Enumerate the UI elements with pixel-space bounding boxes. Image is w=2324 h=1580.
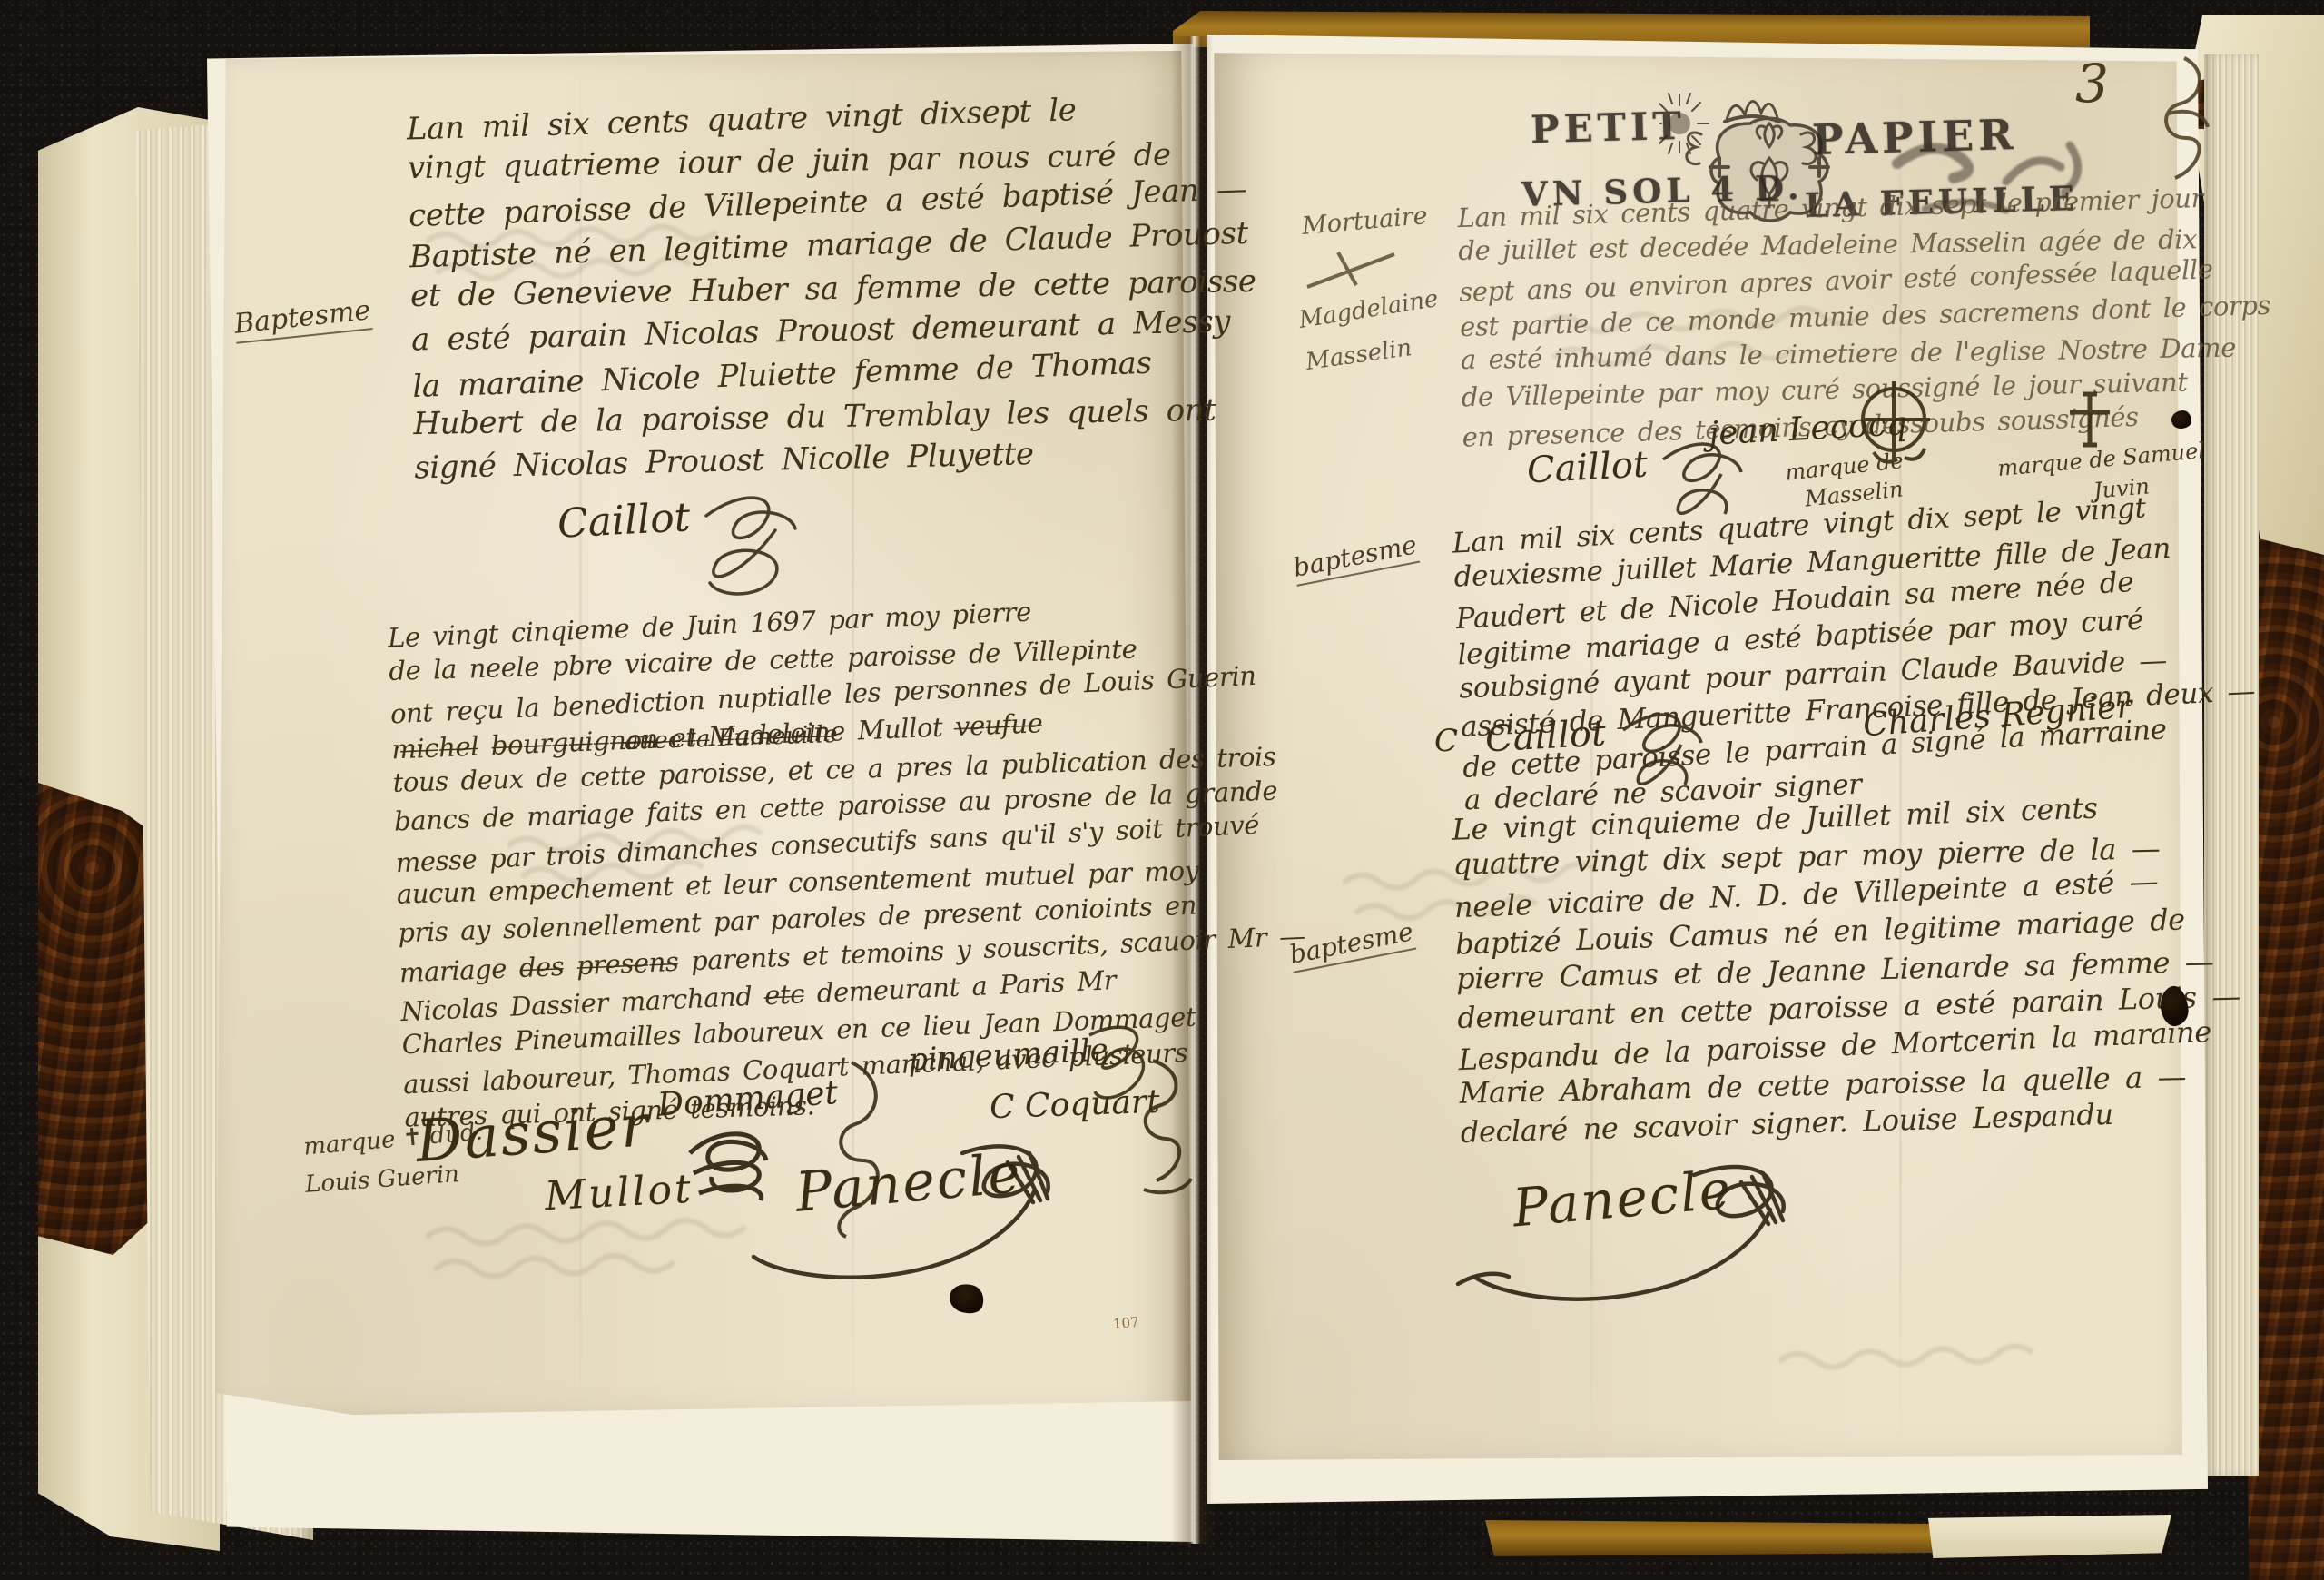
signature-caillot-left: Caillot bbox=[556, 494, 692, 548]
bleedthrough-ghost bbox=[1778, 1329, 2072, 1412]
bleedthrough-ghost bbox=[425, 1201, 791, 1305]
folio-mark: 107 bbox=[1112, 1314, 1139, 1332]
caillot-paraph-flourish bbox=[688, 489, 806, 607]
panecle-flourish-right bbox=[1449, 1151, 1830, 1324]
bleedthrough-ghost bbox=[1542, 293, 1890, 387]
bottom-spine-band bbox=[1485, 1520, 1932, 1556]
caillot-paraph-3 bbox=[1609, 705, 1709, 814]
signature-caillot-right-1: Caillot bbox=[1526, 444, 1649, 492]
margin-cross-mark bbox=[1304, 242, 1403, 296]
coquart-paraph bbox=[1126, 1053, 1198, 1199]
bottom-pastedown-strip bbox=[1928, 1515, 2171, 1558]
bleedthrough-ghost bbox=[507, 810, 801, 907]
plain-cross-mark bbox=[2063, 389, 2117, 452]
signature-caillot-right-2: Caillot bbox=[1484, 713, 1607, 761]
ink-blot bbox=[2171, 410, 2191, 429]
baptism-record-camus: Le vingt cinquieme de Juillet mil six ce… bbox=[1452, 786, 2244, 1151]
stamp-text-petit: PETIT bbox=[1530, 104, 1686, 152]
page-number-paraph bbox=[2139, 51, 2221, 187]
bleedthrough-ghost bbox=[1342, 845, 1654, 943]
bleedthrough-ghost bbox=[426, 212, 755, 306]
baptism-record-mangueritte: Lan mil six cents quatre vingt dix sept … bbox=[1452, 487, 2260, 820]
page-number: 3 bbox=[2075, 53, 2109, 114]
stray-letter-c: C bbox=[1434, 723, 1458, 759]
photograph-background: Baptesme Lan mil six cents quatre vingt … bbox=[0, 0, 2324, 1580]
